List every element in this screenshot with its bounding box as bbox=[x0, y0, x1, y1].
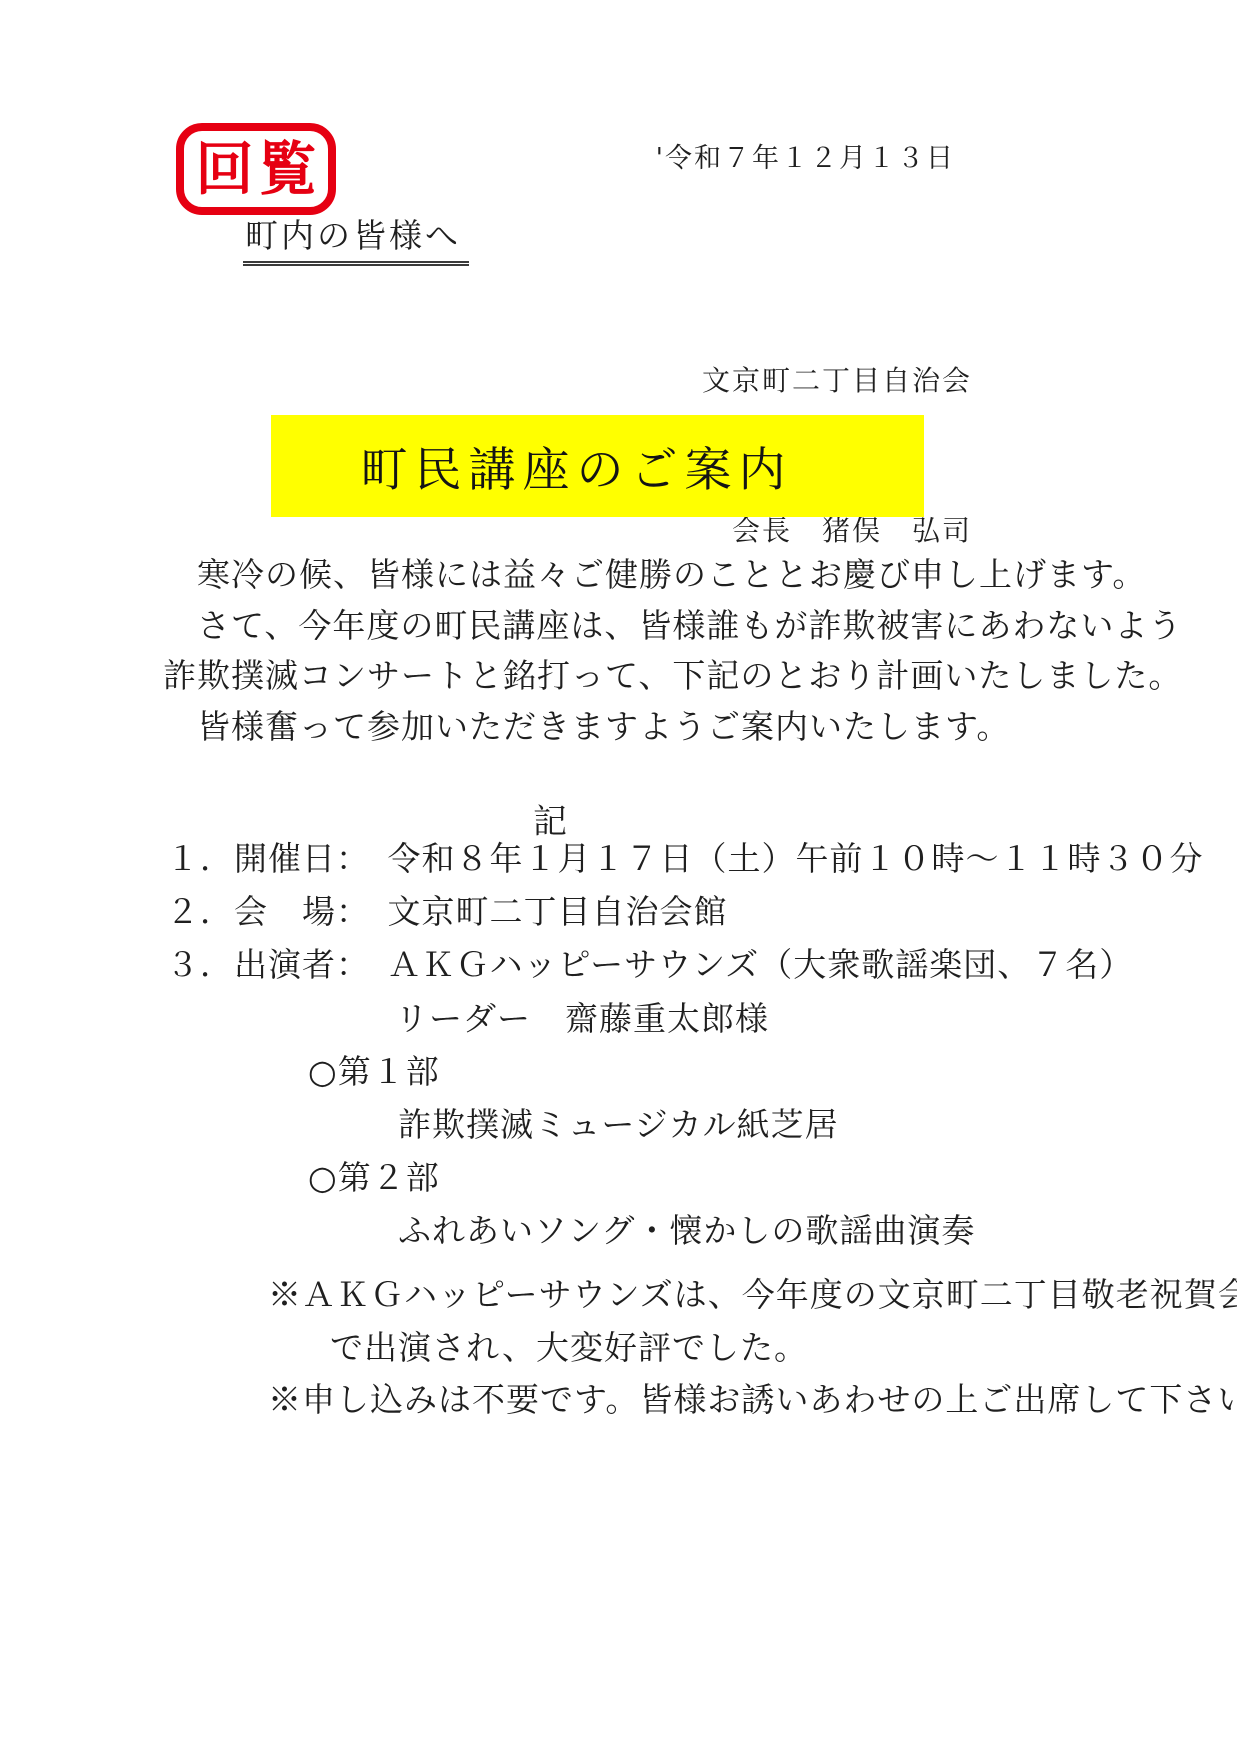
sender-organization: 文京町二丁目自治会 bbox=[702, 356, 972, 406]
detail-line-venue: ２．会 場： 文京町二丁目自治会館 bbox=[166, 889, 728, 935]
greeting-line: 寒冷の候、皆様には益々ご健勝のこととお慶び申し上げます。 bbox=[163, 552, 1146, 598]
program-part2-heading: ○第２部 bbox=[308, 1155, 440, 1201]
kairan-stamp-label: 回覧 bbox=[195, 140, 321, 198]
greeting-line: 皆様奮って参加いただきますようご案内いたします。 bbox=[163, 704, 1010, 750]
kairan-stamp: 回覧 bbox=[176, 123, 336, 215]
detail-line-date: １．開催日： 令和８年１月１７日（土）午前１０時～１１時３０分 bbox=[166, 836, 1204, 882]
document-page: 回覧 '令和７年１２月１３日 町内の皆様へ 文京町二丁目自治会 会長 猪俣 弘司… bbox=[0, 0, 1237, 1750]
greeting-line: さて、今年度の町民講座は、皆様誰もが詐欺被害にあわないよう bbox=[163, 603, 1182, 649]
program-leader: リーダー 齋藤重太郎様 bbox=[395, 996, 769, 1042]
program-part1-content: 詐欺撲滅ミュージカル紙芝居 bbox=[398, 1102, 839, 1148]
page-title: 町民講座のご案内 bbox=[361, 433, 793, 500]
recipient-line: 町内の皆様へ bbox=[243, 210, 469, 266]
detail-line-performer: ３．出演者： ＡＫＧハッピーサウンズ（大衆歌謡楽団、７名） bbox=[166, 942, 1133, 988]
program-part1-heading: ○第１部 bbox=[308, 1049, 440, 1095]
note-line: ※申し込みは不要です。皆様お誘いあわせの上ご出席して下さい。 bbox=[268, 1377, 1237, 1423]
title-highlight-box: 町民講座のご案内 bbox=[271, 415, 924, 517]
note-line: で出演され、大変好評でした。 bbox=[330, 1325, 808, 1371]
greeting-line: 詐欺撲滅コンサートと銘打って、下記のとおり計画いたしました。 bbox=[163, 653, 1182, 699]
program-part2-content: ふれあいソング・懐かしの歌謡曲演奏 bbox=[398, 1208, 975, 1254]
issue-date: '令和７年１２月１３日 bbox=[656, 136, 955, 175]
note-line: ※ＡＫＧハッピーサウンズは、今年度の文京町二丁目敬老祝賀会 bbox=[268, 1272, 1237, 1318]
